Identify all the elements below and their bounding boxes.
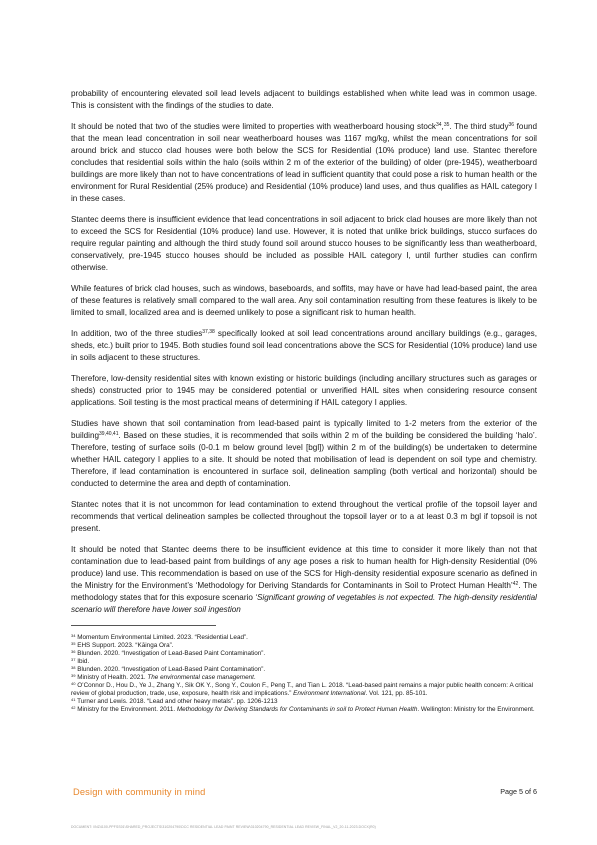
footnote-italic: The environmental case management [147, 674, 254, 681]
page-number: Page 5 of 6 [500, 787, 537, 796]
text: It should be noted that Stantec deems th… [71, 545, 537, 590]
document-page: probability of encountering elevated soi… [71, 88, 537, 714]
paragraph-2: It should be noted that two of the studi… [71, 121, 537, 206]
text: . Based on these studies, it is recommen… [71, 431, 537, 488]
footnote-text: Blunden. 2020. “Investigation of Lead-Ba… [77, 666, 265, 673]
footnote-number: 38 [71, 665, 75, 670]
footnote-number: 42 [71, 705, 75, 710]
paragraph-3: Stantec deems there is insufficient evid… [71, 214, 537, 274]
text: found that the mean lead concentration i… [71, 122, 537, 204]
footnotes: 34 Momentum Environmental Limited. 2023.… [71, 634, 537, 714]
footnote-text: Turner and Lewis. 2018. “Lead and other … [77, 698, 277, 705]
footnote-italic: Methodology for Deriving Standards for C… [177, 706, 417, 713]
footnote-number: 37 [71, 657, 75, 662]
footnote-text: Ministry for the Environment. 2011. [77, 706, 177, 713]
footnote-number: 34 [71, 633, 75, 638]
footnote-italic: Environment International [293, 690, 365, 697]
footnote-text: . Vol. 121, pp. 85-101. [365, 690, 427, 697]
footnote-separator [71, 625, 216, 626]
footnote-number: 36 [71, 649, 75, 654]
footnote-text: . Wellington: Ministry for the Environme… [417, 706, 534, 713]
footnote-36: 36 Blunden. 2020. “Investigation of Lead… [71, 650, 537, 658]
footnote-text: Ministry of Health. 2021. [77, 674, 147, 681]
footnote-text: . [254, 674, 256, 681]
text: . The third study [449, 122, 508, 131]
footnote-text: Blunden. 2020. “Investigation of Lead-Ba… [77, 650, 265, 657]
footnote-number: 40 [71, 681, 75, 686]
footnote-text: Momentum Environmental Limited. 2023. “R… [77, 634, 248, 641]
paragraph-5: In addition, two of the three studies37,… [71, 328, 537, 364]
paragraph-9: It should be noted that Stantec deems th… [71, 544, 537, 617]
paragraph-7: Studies have shown that soil contaminati… [71, 418, 537, 491]
footnote-number: 39 [71, 673, 75, 678]
footnote-40: 40 O’Connor D., Hou D., Ye J., Zhang Y.,… [71, 682, 537, 698]
footnote-ref-37-38[interactable]: 37,38 [202, 329, 215, 335]
footnote-text: Ibid. [77, 658, 89, 665]
footnote-text: EHS Support. 2023. “Kāinga Ora”. [77, 642, 173, 649]
paragraph-4: While features of brick clad houses, suc… [71, 283, 537, 319]
footnote-ref-39-41[interactable]: 39,40,41 [99, 431, 118, 437]
paragraph-8: Stantec notes that it is not uncommon fo… [71, 499, 537, 535]
text: It should be noted that two of the studi… [71, 122, 436, 131]
footnote-number: 41 [71, 697, 75, 702]
paragraph-1: probability of encountering elevated soi… [71, 88, 537, 112]
text: In addition, two of the three studies [71, 329, 202, 338]
paragraph-6: Therefore, low-density residential sites… [71, 373, 537, 409]
footnote-number: 35 [71, 641, 75, 646]
document-path: DOCUMENT: \\NZ4100-PPFSS01\SHARED_PROJEC… [71, 825, 376, 829]
footnote-42: 42 Ministry for the Environment. 2011. M… [71, 706, 537, 714]
footer-tagline: Design with community in mind [73, 787, 206, 797]
